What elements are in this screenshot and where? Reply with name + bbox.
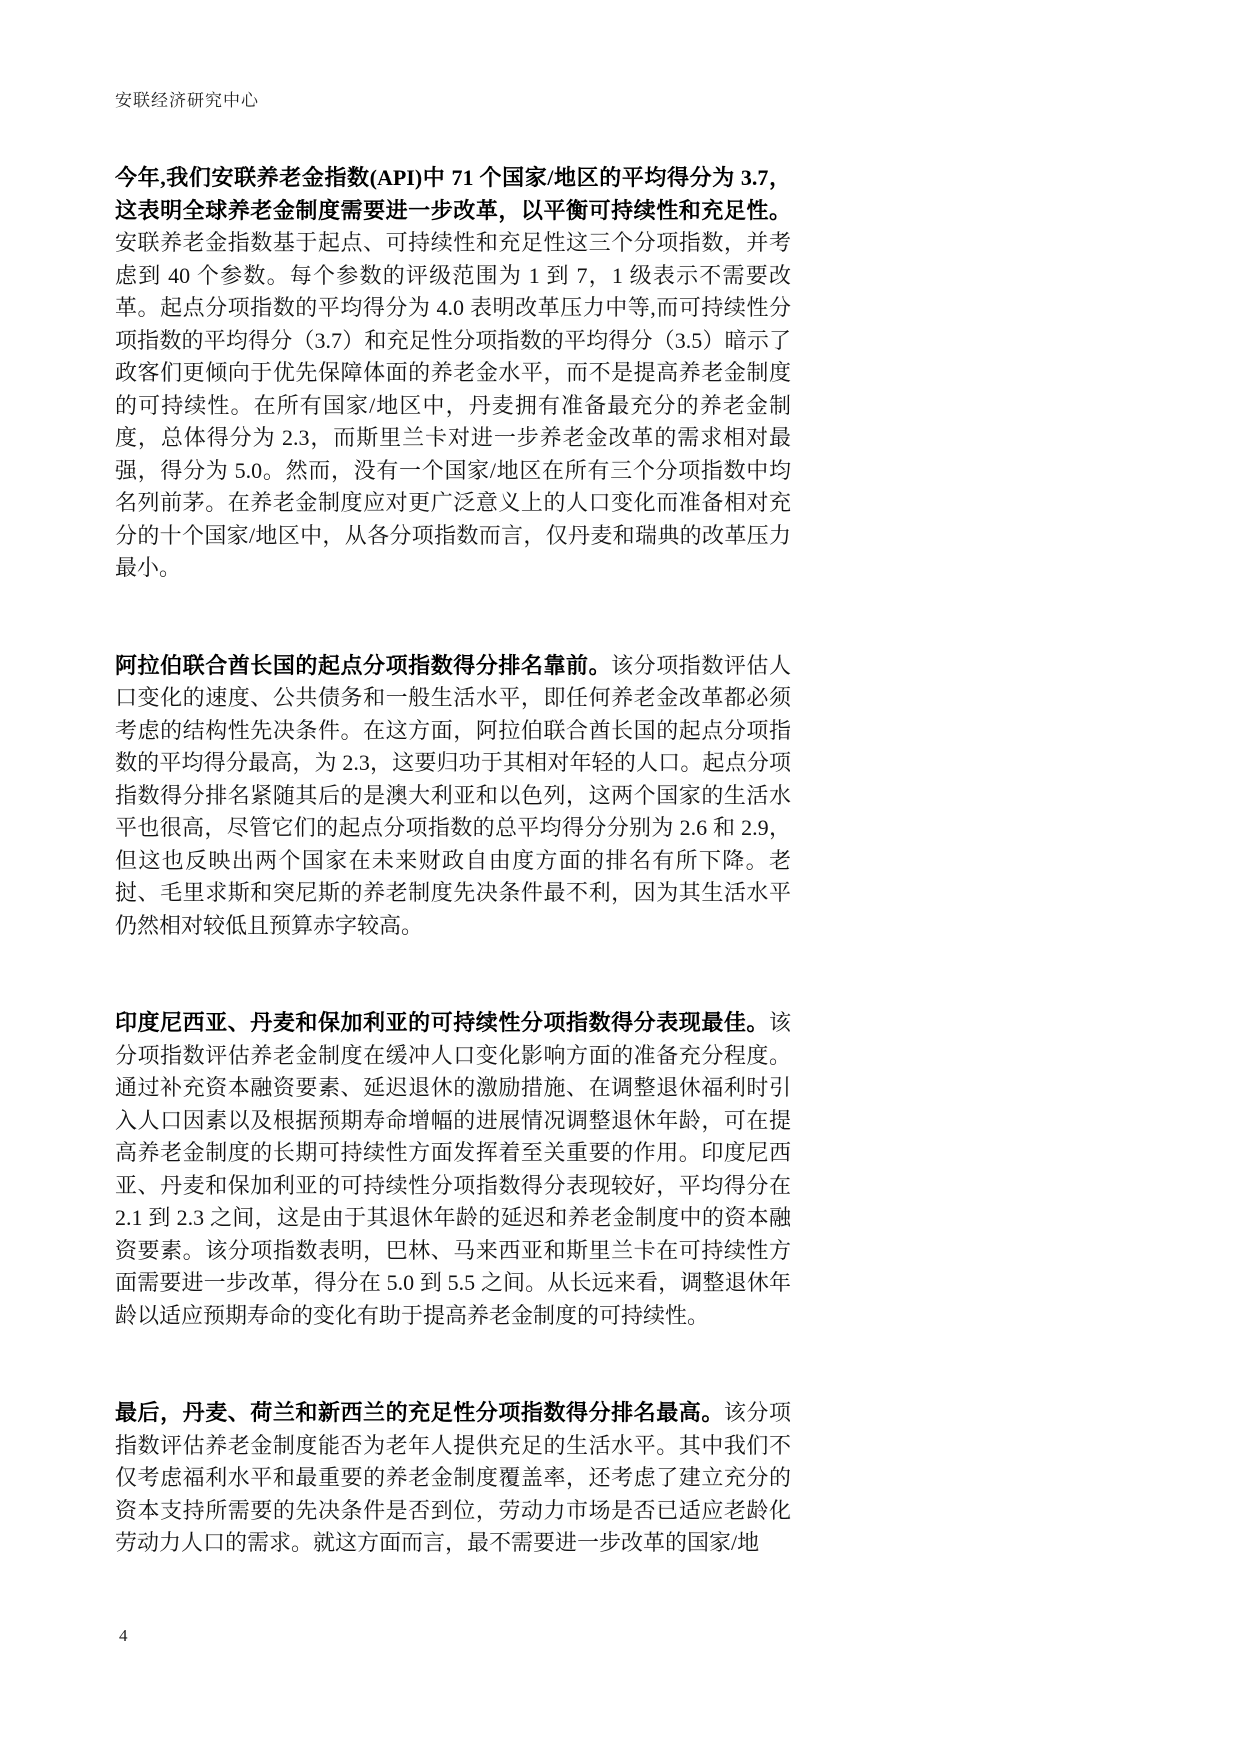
paragraph-sustainability-lead: 印度尼西亚、丹麦和保加利亚的可持续性分项指数得分表现最佳。 <box>115 1010 769 1035</box>
document-page: 安联经济研究中心 今年,我们安联养老金指数(API)中 71 个国家/地区的平均… <box>0 0 1241 1754</box>
paragraph-adequacy-lead: 最后，丹麦、荷兰和新西兰的充足性分项指数得分排名最高。 <box>115 1400 724 1425</box>
paragraph-sustainability: 印度尼西亚、丹麦和保加利亚的可持续性分项指数得分表现最佳。该分项指数评估养老金制… <box>115 1007 791 1332</box>
paragraph-adequacy: 最后，丹麦、荷兰和新西兰的充足性分项指数得分排名最高。该分项指数评估养老金制度能… <box>115 1397 791 1560</box>
paragraph-starting-point: 阿拉伯联合酋长国的起点分项指数得分排名靠前。该分项指数评估人口变化的速度、公共债… <box>115 650 791 943</box>
paragraph-starting-point-lead: 阿拉伯联合酋长国的起点分项指数得分排名靠前。 <box>115 653 611 678</box>
paragraph-overview: 今年,我们安联养老金指数(API)中 71 个国家/地区的平均得分为 3.7，这… <box>115 162 791 585</box>
page-number: 4 <box>119 1626 128 1646</box>
document-body: 今年,我们安联养老金指数(API)中 71 个国家/地区的平均得分为 3.7，这… <box>115 162 791 1625</box>
paragraph-overview-lead: 今年,我们安联养老金指数(API)中 71 个国家/地区的平均得分为 3.7，这… <box>115 165 791 223</box>
paragraph-sustainability-body: 该分项指数评估养老金制度在缓冲人口变化影响方面的准备充分程度。通过补充资本融资要… <box>115 1010 791 1328</box>
paragraph-overview-body: 安联养老金指数基于起点、可持续性和充足性这三个分项指数，并考虑到 40 个参数。… <box>115 230 791 580</box>
document-header: 安联经济研究中心 <box>115 86 259 111</box>
paragraph-starting-point-body: 该分项指数评估人口变化的速度、公共债务和一般生活水平，即任何养老金改革都必须考虑… <box>115 653 791 938</box>
